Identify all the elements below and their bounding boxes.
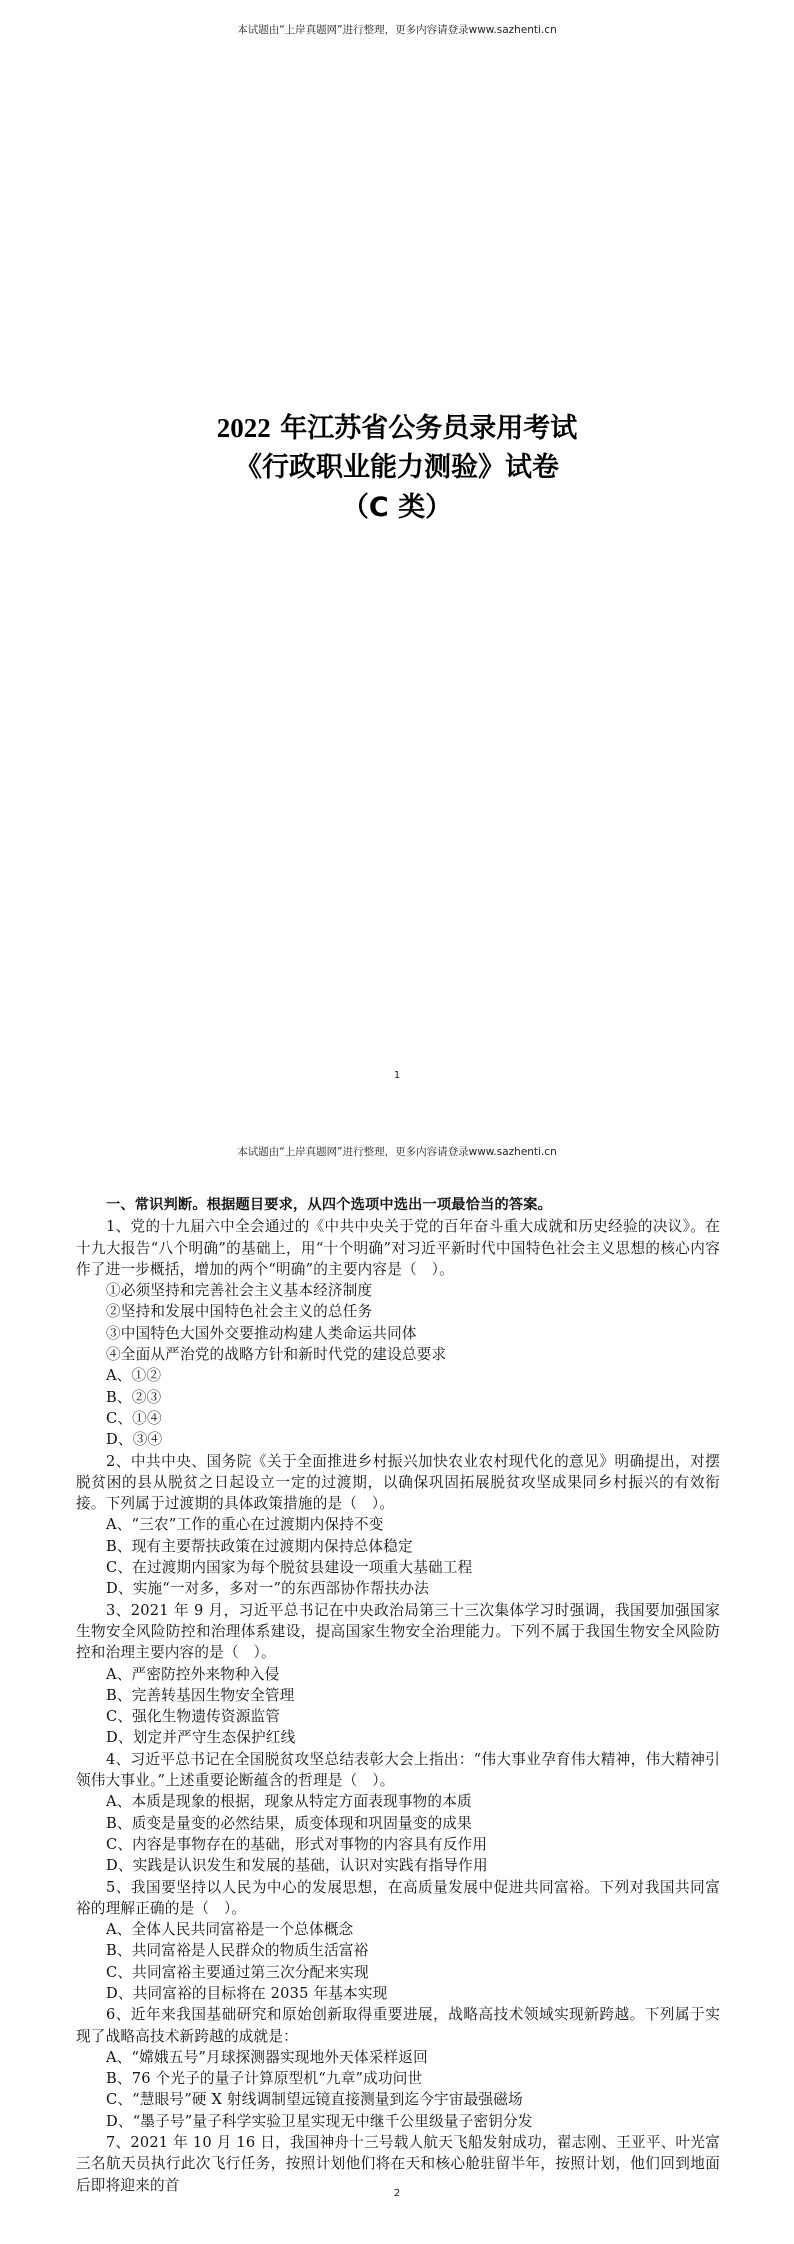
page-2: 本试题由“上岸真题网”进行整理，更多内容请登录www.sazhenti.cn 一… — [0, 1122, 794, 2244]
option-b: B、76 个光子的量子计算原型机“九章”成功问世 — [76, 2068, 720, 2089]
question-1: 1、党的十九届六中全会通过的《中共中央关于党的百年奋斗重大成就和历史经验的决议》… — [76, 1216, 720, 1450]
option-b: B、质变是量变的必然结果，质变体现和巩固量变的成果 — [76, 1813, 720, 1834]
question-6: 6、近年来我国基础研究和原始创新取得重要进展，战略高技术领域实现新跨越。下列属于… — [76, 2004, 720, 2132]
question-3: 3、2021 年 9 月，习近平总书记在中央政治局第三十三次集体学习时强调，我国… — [76, 1600, 720, 1749]
option-b: B、共同富裕是人民群众的物质生活富裕 — [76, 1940, 720, 1961]
statement: ④全面从严治党的战略方针和新时代党的建设总要求 — [76, 1344, 720, 1365]
option-c: C、在过渡期内国家为每个脱贫县建设一项重大基础工程 — [76, 1557, 720, 1578]
question-4: 4、习近平总书记在全国脱贫攻坚总结表彰大会上指出：“伟大事业孕育伟大精神，伟大精… — [76, 1749, 720, 1877]
header-note: 本试题由“上岸真题网”进行整理，更多内容请登录www.sazhenti.cn — [0, 22, 794, 37]
question-stem: 6、近年来我国基础研究和原始创新取得重要进展，战略高技术领域实现新跨越。下列属于… — [76, 2004, 720, 2047]
question-2: 2、中共中央、国务院《关于全面推进乡村振兴加快农业农村现代化的意见》明确提出，对… — [76, 1451, 720, 1600]
option-d: D、“墨子号”量子科学实验卫星实现无中继千公里级量子密钥分发 — [76, 2111, 720, 2132]
option-d: D、划定并严守生态保护红线 — [76, 1727, 720, 1748]
document-title: 2022 年江苏省公务员录用考试 《行政职业能力测验》试卷 （C 类） — [0, 408, 794, 528]
question-content: 一、常识判断。根据题目要求，从四个选项中选出一项最恰当的答案。 1、党的十九届六… — [76, 1195, 720, 2196]
option-a: A、①② — [76, 1365, 720, 1386]
option-c: C、内容是事物存在的基础，形式对事物的内容具有反作用 — [76, 1834, 720, 1855]
option-a: A、“三农”工作的重心在过渡期内保持不变 — [76, 1514, 720, 1535]
question-stem: 3、2021 年 9 月，习近平总书记在中央政治局第三十三次集体学习时强调，我国… — [76, 1600, 720, 1664]
option-b: B、②③ — [76, 1387, 720, 1408]
section-heading: 一、常识判断。根据题目要求，从四个选项中选出一项最恰当的答案。 — [76, 1195, 720, 1216]
option-a: A、“嫦娥五号”月球探测器实现地外天体采样返回 — [76, 2047, 720, 2068]
option-b: B、现有主要帮扶政策在过渡期内保持总体稳定 — [76, 1536, 720, 1557]
page-number: 2 — [0, 2188, 794, 2199]
option-c: C、“慧眼号”硬 X 射线调制望远镜直接测量到迄今宇宙最强磁场 — [76, 2089, 720, 2110]
option-d: D、③④ — [76, 1429, 720, 1450]
statement: ①必须坚持和完善社会主义基本经济制度 — [76, 1280, 720, 1301]
option-c: C、强化生物遗传资源监管 — [76, 1706, 720, 1727]
title-line-1: 2022 年江苏省公务员录用考试 — [0, 408, 794, 448]
page-1: 本试题由“上岸真题网”进行整理，更多内容请登录www.sazhenti.cn 2… — [0, 0, 794, 1122]
option-a: A、严密防控外来物种入侵 — [76, 1664, 720, 1685]
question-stem: 1、党的十九届六中全会通过的《中共中央关于党的百年奋斗重大成就和历史经验的决议》… — [76, 1216, 720, 1280]
question-stem: 7、2021 年 10 月 16 日，我国神舟十三号载人航天飞船发射成功，翟志刚… — [76, 2132, 720, 2196]
question-stem: 5、我国要坚持以人民为中心的发展思想，在高质量发展中促进共同富裕。下列对我国共同… — [76, 1877, 720, 1920]
page-number: 1 — [0, 1070, 794, 1081]
statement: ③中国特色大国外交要推动构建人类命运共同体 — [76, 1323, 720, 1344]
title-line-1-text: 年江苏省公务员录用考试 — [271, 413, 577, 444]
header-note: 本试题由“上岸真题网”进行整理，更多内容请登录www.sazhenti.cn — [0, 1144, 794, 1159]
question-5: 5、我国要坚持以人民为中心的发展思想，在高质量发展中促进共同富裕。下列对我国共同… — [76, 1877, 720, 2005]
question-stem: 4、习近平总书记在全国脱贫攻坚总结表彰大会上指出：“伟大事业孕育伟大精神，伟大精… — [76, 1749, 720, 1792]
title-year: 2022 — [217, 413, 271, 443]
option-a: A、本质是现象的根据，现象从特定方面表现事物的本质 — [76, 1791, 720, 1812]
option-d: D、实施“一对多，多对一”的东西部协作帮扶办法 — [76, 1578, 720, 1599]
option-c: C、共同富裕主要通过第三次分配来实现 — [76, 1962, 720, 1983]
option-d: D、共同富裕的目标将在 2035 年基本实现 — [76, 1983, 720, 2004]
question-7: 7、2021 年 10 月 16 日，我国神舟十三号载人航天飞船发射成功，翟志刚… — [76, 2132, 720, 2196]
option-c: C、①④ — [76, 1408, 720, 1429]
statement: ②坚持和发展中国特色社会主义的总任务 — [76, 1301, 720, 1322]
question-stem: 2、中共中央、国务院《关于全面推进乡村振兴加快农业农村现代化的意见》明确提出，对… — [76, 1451, 720, 1515]
option-a: A、全体人民共同富裕是一个总体概念 — [76, 1919, 720, 1940]
option-b: B、完善转基因生物安全管理 — [76, 1685, 720, 1706]
title-line-3: （C 类） — [0, 488, 794, 528]
title-line-2: 《行政职业能力测验》试卷 — [0, 448, 794, 488]
option-d: D、实践是认识发生和发展的基础，认识对实践有指导作用 — [76, 1855, 720, 1876]
